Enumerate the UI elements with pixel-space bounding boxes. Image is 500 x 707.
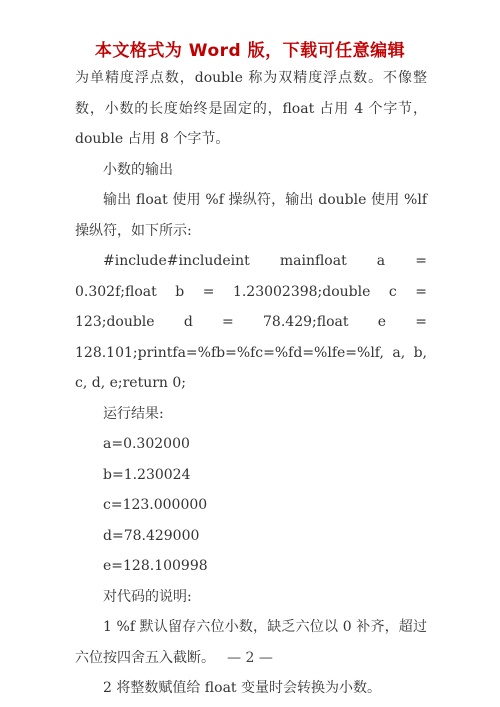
section-heading-decimal-output: 小数的输出 [75, 155, 427, 186]
result-line-c: c=123.000000 [75, 490, 427, 521]
result-line-d: d=78.429000 [75, 521, 427, 552]
explanation-item-2: 2 将整数赋值给 float 变量时会转换为小数。 [75, 673, 427, 704]
result-line-e: e=128.100998 [75, 551, 427, 582]
result-line-a: a=0.302000 [75, 429, 427, 460]
paragraph-float-double-intro: 为单精度浮点数，double 称为双精度浮点数。不像整数，小数的长度始终是固定的… [75, 63, 427, 155]
run-result-label: 运行结果: [75, 399, 427, 430]
document-body: 为单精度浮点数，double 称为双精度浮点数。不像整数，小数的长度始终是固定的… [75, 63, 427, 704]
download-banner: 本文格式为 Word 版，下载可任意编辑 [0, 36, 500, 61]
code-explanation-label: 对代码的说明: [75, 582, 427, 613]
paragraph-output-specifiers: 输出 float 使用 %f 操纵符，输出 double 使用 %lf 操纵符，… [75, 185, 427, 246]
result-line-b: b=1.230024 [75, 460, 427, 491]
page-number: — 2 — [0, 650, 500, 666]
code-sample: #include#includeint mainfloat a = 0.302f… [75, 246, 427, 399]
